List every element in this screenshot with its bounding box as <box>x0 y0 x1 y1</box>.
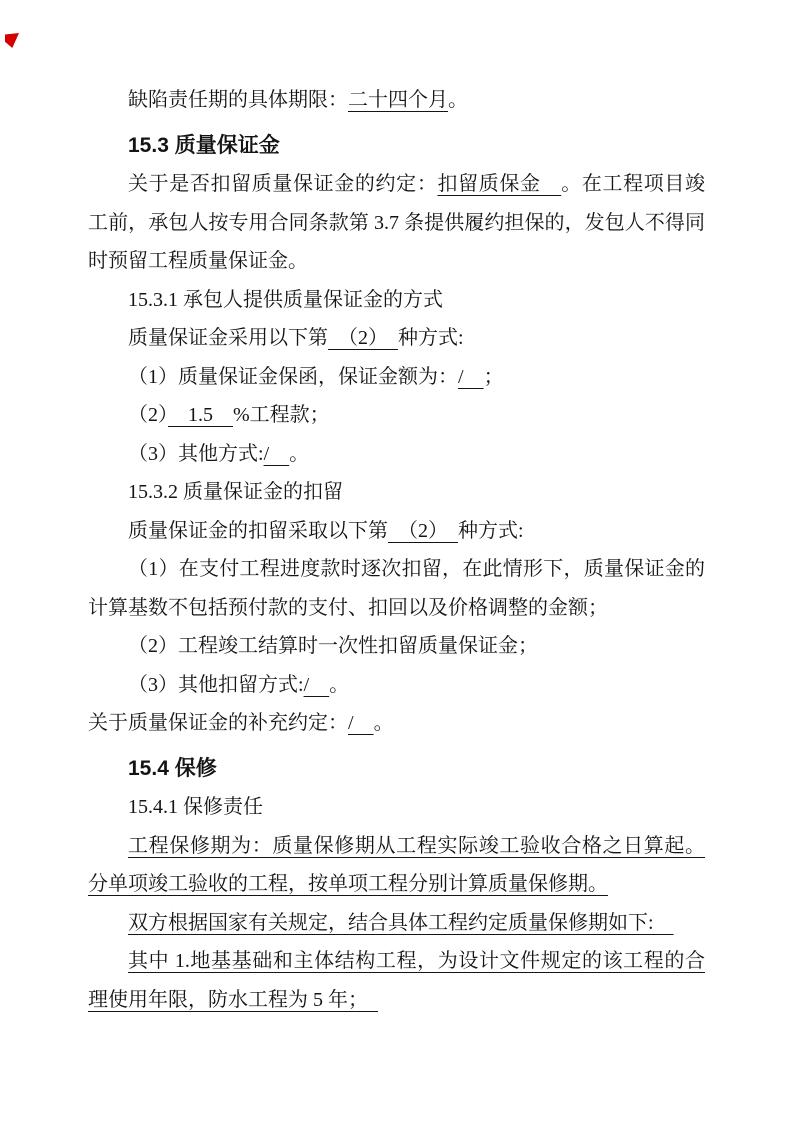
clause-retention-method-select: 质量保证金的扣留采取以下第 （2） 种方式: <box>88 512 705 551</box>
underlined-fill-in-text: 二十四个月 <box>348 89 448 111</box>
body-text: 。 <box>448 89 468 111</box>
body-text: （3）其他方式: <box>128 443 264 465</box>
body-text: 关于是否扣留质量保证金的约定： <box>128 173 437 195</box>
option-3-other-method: （3）其他方式:/ 。 <box>88 435 705 474</box>
clause-warranty-agreement: 双方根据国家有关规定，结合具体工程约定质量保修期如下: <box>88 904 705 943</box>
heading-15-4-warranty: 15.4 保修 <box>88 750 705 789</box>
body-text: 15.4.1 保修责任 <box>128 796 263 818</box>
body-text: 。 <box>289 443 309 465</box>
heading-15-3-quality-guarantee: 15.3 质量保证金 <box>88 127 705 166</box>
clause-warranty-period: 工程保修期为：质量保修期从工程实际竣工验收合格之日算起。分单项竣工验收的工程，按… <box>88 827 705 904</box>
clause-supplementary-agreement: 关于质量保证金的补充约定：/ 。 <box>88 704 705 743</box>
option-2-percent: （2） 1.5 %工程款； <box>88 396 705 435</box>
clause-15-3-2-title: 15.3.2 质量保证金的扣留 <box>88 473 705 512</box>
body-text: 15.3.1 承包人提供质量保证金的方式 <box>128 289 443 311</box>
body-text: （1）质量保证金保函，保证金额为： <box>128 366 458 388</box>
underlined-fill-in-text: / <box>458 366 484 388</box>
underlined-fill-in-text: 双方根据国家有关规定，结合具体工程约定质量保修期如下: <box>128 912 674 934</box>
underlined-fill-in-text: 1.5 <box>168 404 233 426</box>
body-text: 15.3 质量保证金 <box>128 134 280 157</box>
retention-option-1: （1）在支付工程进度款时逐次扣留，在此情形下，质量保证金的计算基数不包括预付款的… <box>88 550 705 627</box>
body-text: 关于质量保证金的补充约定： <box>88 712 348 734</box>
body-text: 15.4 保修 <box>128 757 217 780</box>
underlined-fill-in-text: （2） <box>328 327 398 349</box>
body-text: 缺陷责任期的具体期限： <box>128 89 348 111</box>
body-text: 种方式: <box>458 520 524 542</box>
clause-retain-guarantee: 关于是否扣留质量保证金的约定：扣留质保金 。在工程项目竣工前，承包人按专用合同条… <box>88 165 705 281</box>
underlined-fill-in-text: / <box>264 443 290 465</box>
document-body: 缺陷责任期的具体期限：二十四个月。15.3 质量保证金关于是否扣留质量保证金的约… <box>88 81 705 1019</box>
retention-option-2: （2）工程竣工结算时一次性扣留质量保证金； <box>88 627 705 666</box>
body-text: %工程款； <box>233 404 330 426</box>
red-corner-marker-icon <box>5 33 19 48</box>
body-text: 质量保证金采用以下第 <box>128 327 328 349</box>
body-text: 种方式: <box>398 327 464 349</box>
retention-option-3: （3）其他扣留方式:/ 。 <box>88 666 705 705</box>
body-text: （2） <box>128 404 168 426</box>
underlined-fill-in-text: / <box>304 674 330 696</box>
underlined-fill-in-text: 其中 1.地基基础和主体结构工程，为设计文件规定的该工程的合理使用年限，防水工程… <box>88 950 705 1011</box>
document-page: 缺陷责任期的具体期限：二十四个月。15.3 质量保证金关于是否扣留质量保证金的约… <box>0 0 793 1123</box>
underlined-fill-in-text: （2） <box>388 520 458 542</box>
body-text: （2）工程竣工结算时一次性扣留质量保证金； <box>128 635 538 657</box>
clause-15-3-1-title: 15.3.1 承包人提供质量保证金的方式 <box>88 281 705 320</box>
clause-guarantee-method-select: 质量保证金采用以下第 （2） 种方式: <box>88 319 705 358</box>
clause-warranty-item-1: 其中 1.地基基础和主体结构工程，为设计文件规定的该工程的合理使用年限，防水工程… <box>88 942 705 1019</box>
body-text: 15.3.2 质量保证金的扣留 <box>128 481 343 503</box>
body-text: （3）其他扣留方式: <box>128 674 304 696</box>
underlined-fill-in-text: 扣留质保金 <box>437 173 561 195</box>
underlined-fill-in-text: 工程保修期为：质量保修期从工程实际竣工验收合格之日算起。分单项竣工验收的工程，按… <box>88 835 705 896</box>
clause-15-4-1-title: 15.4.1 保修责任 <box>88 788 705 827</box>
body-text: 。 <box>329 674 349 696</box>
underlined-fill-in-text: / <box>348 712 374 734</box>
clause-defect-period-line: 缺陷责任期的具体期限：二十四个月。 <box>88 81 705 120</box>
body-text: （1）在支付工程进度款时逐次扣留，在此情形下，质量保证金的计算基数不包括预付款的… <box>88 558 705 619</box>
body-text: 质量保证金的扣留采取以下第 <box>128 520 388 542</box>
option-1-guarantee-letter: （1）质量保证金保函，保证金额为：/ ； <box>88 358 705 397</box>
body-text: ； <box>484 366 504 388</box>
body-text: 。 <box>374 712 394 734</box>
